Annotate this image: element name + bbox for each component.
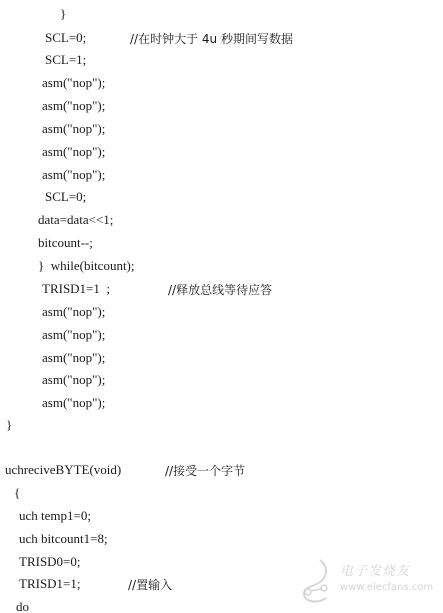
elecfans-logo-icon [298,556,338,606]
code-line: asm("nop"); [42,327,105,343]
code-comment: //在时钟大于 4u 秒期间写数据 [130,31,293,47]
code-line: bitcount--; [38,235,93,251]
code-comment: //接受一个字节 [165,463,245,479]
code-line: } [6,417,12,433]
code-comment: //释放总线等待应答 [168,282,272,298]
code-line: asm("nop"); [42,98,105,114]
code-line: TRISD1=1 ; [42,281,110,297]
code-line: asm("nop"); [42,121,105,137]
code-line: do [16,599,29,613]
code-comment: //置输入 [128,577,172,593]
code-line: TRISD0=0; [19,554,81,570]
code-line: asm("nop"); [42,372,105,388]
code-line: { [14,485,20,501]
code-line: SCL=1; [45,52,86,68]
watermark-url: www.elecfans.com [340,582,433,593]
code-listing: }SCL=0;//在时钟大于 4u 秒期间写数据SCL=1;asm("nop")… [0,0,443,613]
code-line: uch bitcount1=8; [19,531,108,547]
code-line: asm("nop"); [42,395,105,411]
code-line: SCL=0; [45,189,86,205]
code-line: asm("nop"); [42,350,105,366]
code-line: asm("nop"); [42,75,105,91]
code-line: data=data<<1; [38,212,113,228]
code-line: uchreciveBYTE(void) [5,462,121,478]
code-line: TRISD1=1; [19,576,81,592]
code-line: SCL=0; [45,30,86,46]
code-line: asm("nop"); [42,167,105,183]
watermark-title: 电子发烧友 [340,560,410,579]
code-line: asm("nop"); [42,144,105,160]
code-line: } while(bitcount); [38,258,135,274]
code-line: asm("nop"); [42,304,105,320]
code-line: uch temp1=0; [19,508,91,524]
code-line: } [60,6,66,22]
elecfans-watermark: 电子发烧友 www.elecfans.com [298,556,438,606]
